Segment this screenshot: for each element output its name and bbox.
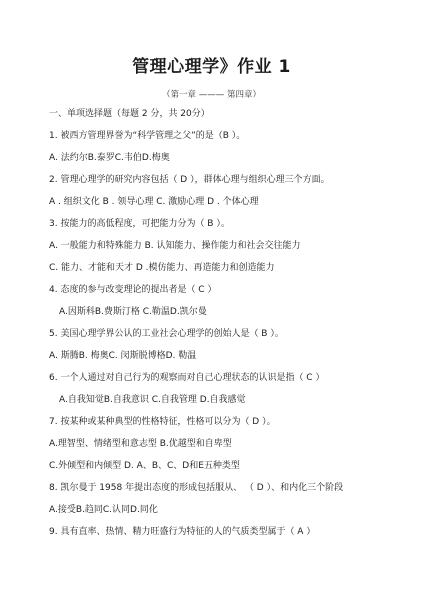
question-options: A.因斯科B.费斯汀格 C.勒温D.凯尔曼 — [59, 304, 207, 317]
question-options: A. 斯腾B. 梅奥C. 闵斯脱博格D. 勒温 — [49, 348, 196, 361]
document-subtitle: （第一章 ——— 第四章） — [0, 88, 423, 100]
question-stem: 9. 具有直率、热情、精力旺盛行为特征的人的气质类型属于（ A ） — [49, 524, 315, 537]
question-options: A.接受B.趋同C.认同D.同化 — [49, 502, 158, 515]
section-heading: 一、单项选择题（每题 2 分，共 20分） — [49, 106, 210, 119]
question-stem: 5. 美国心理学界公认的工业社会心理学的创始人是（ B ）。 — [49, 326, 284, 339]
question-stem: 8. 凯尔曼于 1958 年提出态度的形成包括服从、 （ D ）、和内化三个阶段 — [49, 480, 343, 493]
question-stem: 6. 一个人通过对自己行为的观察而对自己心理状态的认识是指（ C ） — [49, 370, 324, 383]
question-stem: 3. 按能力的高低程度，可把能力分为（ B ）。 — [49, 216, 230, 229]
question-options: C.外倾型和内倾型 D. A、B、C、D和E五种类型 — [49, 458, 240, 471]
question-options: A. 一般能力和特殊能力 B. 认知能力、操作能力和社会交往能力 — [49, 238, 300, 251]
question-stem: 7. 按某种或某种典型的性格特征，性格可以分为（ D ）。 — [49, 414, 276, 427]
question-options: C. 能力、才能和天才 D .模仿能力、再造能力和创造能力 — [49, 260, 275, 273]
question-stem: 2. 管理心理学的研究内容包括（ D ），群体心理与组织心理三个方面。 — [49, 172, 330, 185]
question-options: A . 组织文化 B . 领导心理 C. 激励心理 D . 个体心理 — [49, 194, 259, 207]
document-title: 管理心理学》作业 1 — [0, 52, 423, 77]
question-options: A. 法约尔B.泰罗C.韦伯D.梅奥 — [49, 150, 170, 163]
question-options: A.自我知觉B.自我意识 C.自我管理 D.自我感觉 — [59, 392, 246, 405]
question-options: A.理智型、情绪型和意志型 B.优越型和自卑型 — [49, 436, 232, 449]
question-stem: 1. 被西方管理界誉为“科学管理之父”的是（B ）。 — [49, 128, 245, 141]
question-stem: 4. 态度的参与改变理论的提出者是（ C ） — [49, 282, 216, 295]
